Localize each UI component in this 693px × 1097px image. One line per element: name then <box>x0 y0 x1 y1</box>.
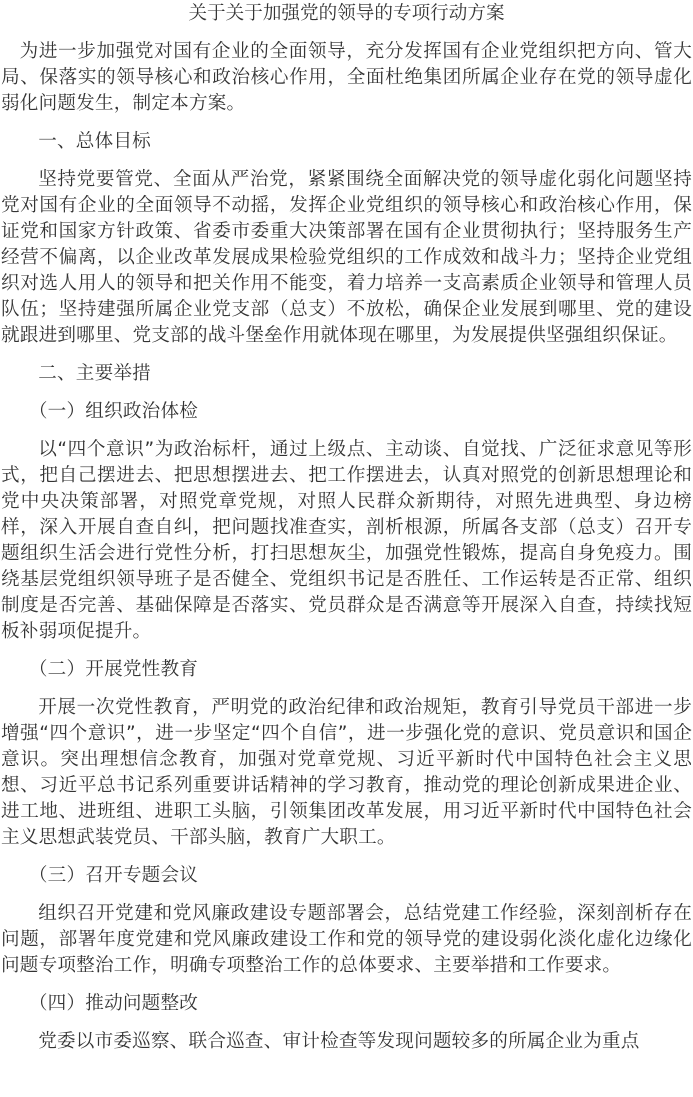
rectification-paragraph: 党委以市委巡察、联合巡查、审计检查等发现问题较多的所属企业为重点 <box>1 1029 692 1055</box>
document-title: 关于关于加强党的领导的专项行动方案 <box>1 1 692 27</box>
goals-paragraph: 坚持党要管党、全面从严治党，紧紧围绕全面解决党的领导虚化弱化问题坚持党对国有企业… <box>1 167 692 349</box>
special-meeting-paragraph: 组织召开党建和党风廉政建设专题部署会，总结党建工作经验，深刻剖析存在问题，部署年… <box>1 901 692 979</box>
subsection-heading-rectification: （四）推动问题整改 <box>1 991 692 1017</box>
subsection-heading-special-meeting: （三）召开专题会议 <box>1 863 692 889</box>
section-heading-measures: 二、主要举措 <box>1 361 692 387</box>
political-checkup-paragraph: 以“四个意识”为政治标杆，通过上级点、主动谈、自觉找、广泛征求意见等形式，把自己… <box>1 437 692 645</box>
intro-paragraph: 为进一步加强党对国有企业的全面领导，充分发挥国有企业党组织把方向、管大局、保落实… <box>1 39 692 117</box>
party-education-paragraph: 开展一次党性教育，严明党的政治纪律和政治规矩，教育引导党员干部进一步增强“四个意… <box>1 695 692 851</box>
section-heading-goals: 一、总体目标 <box>1 129 692 155</box>
subsection-heading-political-checkup: （一）组织政治体检 <box>1 399 692 425</box>
document: 关于关于加强党的领导的专项行动方案 为进一步加强党对国有企业的全面领导，充分发挥… <box>0 1 693 1055</box>
subsection-heading-party-education: （二）开展党性教育 <box>1 657 692 683</box>
